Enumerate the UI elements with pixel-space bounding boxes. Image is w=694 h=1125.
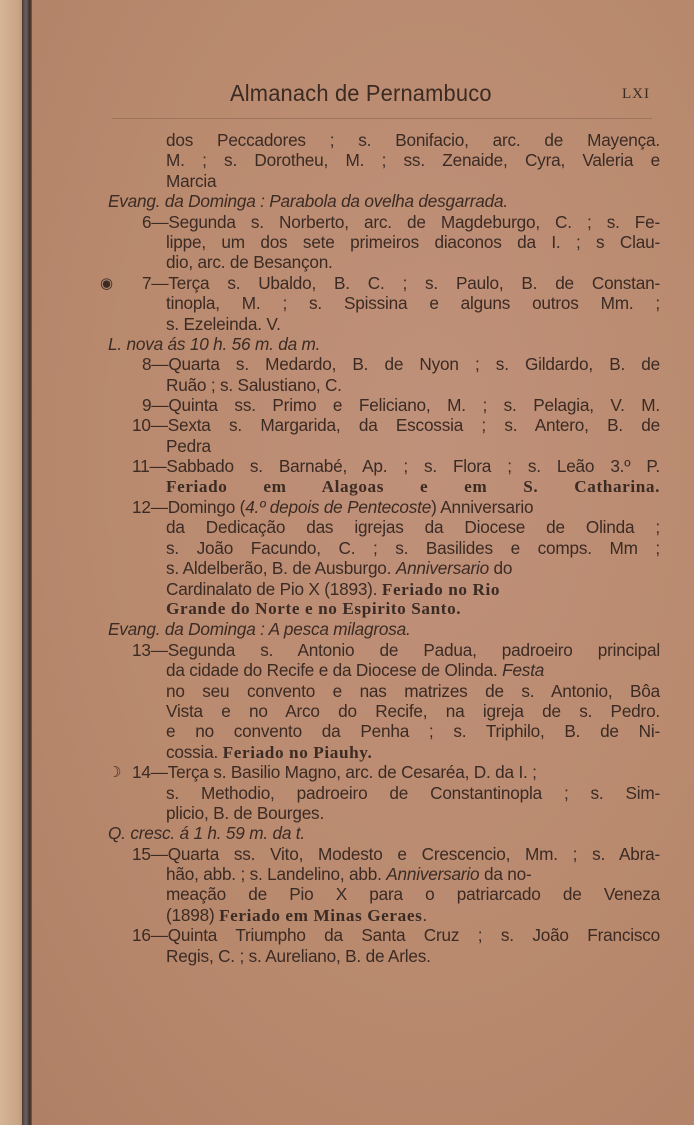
day-entry-16: 16—Quinta Triumpho da Santa Cruz ; s. Jo… bbox=[108, 925, 660, 945]
text-line: M. ; s. Dorotheu, M. ; ss. Zenaide, Cyra… bbox=[108, 150, 660, 170]
holiday-note: Grande do Norte e no Espirito Santo. bbox=[108, 599, 660, 619]
gospel-note: Evang. da Dominga : A pesca milagrosa. bbox=[108, 619, 660, 639]
text-line: da cidade do Recife e da Diocese de Olin… bbox=[108, 660, 660, 680]
text-line: s. Ezeleinda. V. bbox=[108, 314, 660, 334]
day-entry-9: 9—Quinta ss. Primo e Feliciano, M. ; s. … bbox=[108, 395, 660, 415]
text-line: Ruão ; s. Salustiano, C. bbox=[108, 375, 660, 395]
holiday-note: Feriado em Alagoas e em S. Catharina. bbox=[108, 477, 660, 497]
day-entry-13: 13—Segunda s. Antonio de Padua, padroeir… bbox=[108, 640, 660, 660]
day-entry-12: 12—Domingo (4.º depois de Pentecoste) An… bbox=[108, 497, 660, 517]
text-line: Regis, C. ; s. Aureliano, B. de Arles. bbox=[108, 946, 660, 966]
text-line: Vista e no Arco do Recife, na igreja de … bbox=[108, 701, 660, 721]
text-line: e no convento da Penha ; s. Triphilo, B.… bbox=[108, 721, 660, 741]
running-title: Almanach de Pernambuco bbox=[230, 80, 492, 107]
text-line: Cardinalato de Pio X (1893). Feriado no … bbox=[108, 579, 660, 599]
page-number: LXI bbox=[622, 86, 650, 103]
day-entry-14: ☽ 14—Terça s. Basilio Magno, arc. de Ces… bbox=[108, 762, 660, 782]
text-line: lippe, um dos sete primeiros diaconos da… bbox=[108, 232, 660, 252]
text-line: plicio, B. de Bourges. bbox=[108, 803, 660, 823]
text-line: meação de Pio X para o patriarcado de Ve… bbox=[108, 884, 660, 904]
text-line: no seu convento e nas matrizes de s. Ant… bbox=[108, 681, 660, 701]
day-entry-8: 8—Quarta s. Medardo, B. de Nyon ; s. Gil… bbox=[108, 354, 660, 374]
text-line: dio, arc. de Besançon. bbox=[108, 252, 660, 272]
gospel-note: Evang. da Dominga : Parabola da ovelha d… bbox=[108, 191, 660, 211]
text-line: s. Methodio, padroeiro de Constantinopla… bbox=[108, 783, 660, 803]
text-line: da Dedicação das igrejas da Diocese de O… bbox=[108, 517, 660, 537]
text-line: Pedra bbox=[108, 436, 660, 456]
day-entry-10: 10—Sexta s. Margarida, da Escossia ; s. … bbox=[108, 415, 660, 435]
moon-phase-note: L. nova ás 10 h. 56 m. da m. bbox=[108, 334, 660, 354]
text-line: hão, abb. ; s. Landelino, abb. Anniversa… bbox=[108, 864, 660, 884]
day-entry-11: 11—Sabbado s. Barnabé, Ap. ; s. Flora ; … bbox=[108, 456, 660, 476]
calendar-text: dos Peccadores ; s. Bonifacio, arc. de M… bbox=[108, 130, 660, 966]
crescent-moon-icon: ☽ bbox=[108, 763, 121, 783]
text-line: Marcia bbox=[108, 171, 660, 191]
day-entry-6: 6—Segunda s. Norberto, arc. de Magdeburg… bbox=[108, 212, 660, 232]
text-line: s. Aldelberão, B. de Ausburgo. Anniversa… bbox=[108, 558, 660, 578]
full-moon-icon: ◉ bbox=[100, 274, 113, 294]
text-line: cossia. Feriado no Piauhy. bbox=[108, 742, 660, 762]
text-line: s. João Facundo, C. ; s. Basilides e com… bbox=[108, 538, 660, 558]
text-line: tinopla, M. ; s. Spissina e alguns outro… bbox=[108, 293, 660, 313]
day-entry-15: 15—Quarta ss. Vito, Modesto e Crescencio… bbox=[108, 844, 660, 864]
text-line: dos Peccadores ; s. Bonifacio, arc. de M… bbox=[108, 130, 660, 150]
book-gutter bbox=[22, 0, 32, 1125]
header-rule bbox=[112, 118, 652, 119]
text-line: (1898) Feriado em Minas Geraes. bbox=[108, 905, 660, 925]
moon-phase-note: Q. cresc. á 1 h. 59 m. da t. bbox=[108, 823, 660, 843]
day-entry-7: ◉ 7—Terça s. Ubaldo, B. C. ; s. Paulo, B… bbox=[108, 273, 660, 293]
page-header: Almanach de Pernambuco LXI bbox=[100, 80, 660, 114]
